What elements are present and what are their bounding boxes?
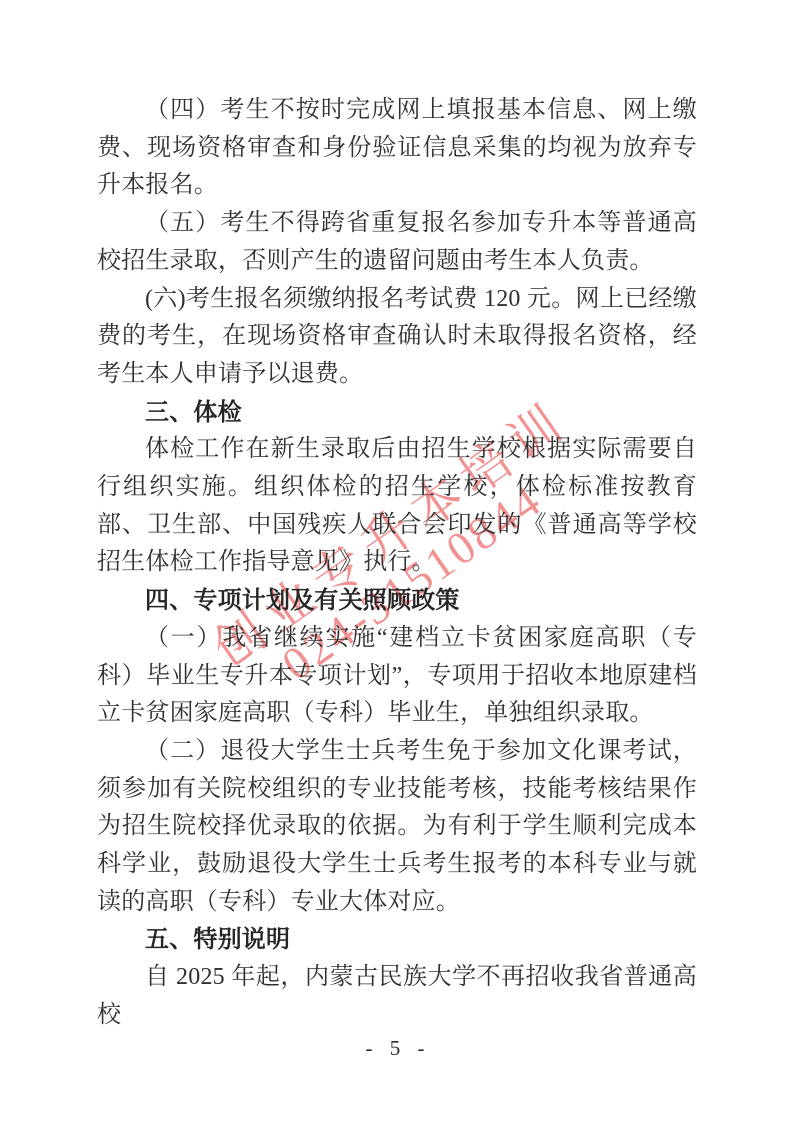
body-paragraph: （二）退役大学生士兵考生免于参加文化课考试，须参加有关院校组织的专业技能考核，技… (97, 733, 697, 922)
body-paragraph: 体检工作在新生录取后由招生学校根据实际需要自行组织实施。组织体检的招生学校，体检… (97, 431, 697, 582)
section-heading: 三、体检 (97, 394, 697, 432)
body-paragraph: 自 2025 年起，内蒙古民族大学不再招收我省普通高校 (97, 959, 697, 1034)
section-heading: 五、特别说明 (97, 921, 697, 959)
body-paragraph: （五）考生不得跨省重复报名参加专升本等普通高校招生录取，否则产生的遗留问题由考生… (97, 205, 697, 280)
document-content: （四）考生不按时完成网上填报基本信息、网上缴费、现场资格审查和身份验证信息采集的… (97, 92, 697, 1035)
body-paragraph: (六)考生报名须缴纳报名考试费 120 元。网上已经缴费的考生，在现场资格审查确… (97, 281, 697, 394)
body-paragraph: （四）考生不按时完成网上填报基本信息、网上缴费、现场资格审查和身份验证信息采集的… (97, 92, 697, 205)
page-number: - 5 - (0, 1036, 796, 1061)
document-page: 创业专升本培训 024-31510844 （四）考生不按时完成网上填报基本信息、… (0, 0, 800, 1132)
section-heading: 四、专项计划及有关照顾政策 (97, 582, 697, 620)
body-paragraph: （一）我省继续实施“建档立卡贫困家庭高职（专科）毕业生专升本专项计划”，专项用于… (97, 620, 697, 733)
